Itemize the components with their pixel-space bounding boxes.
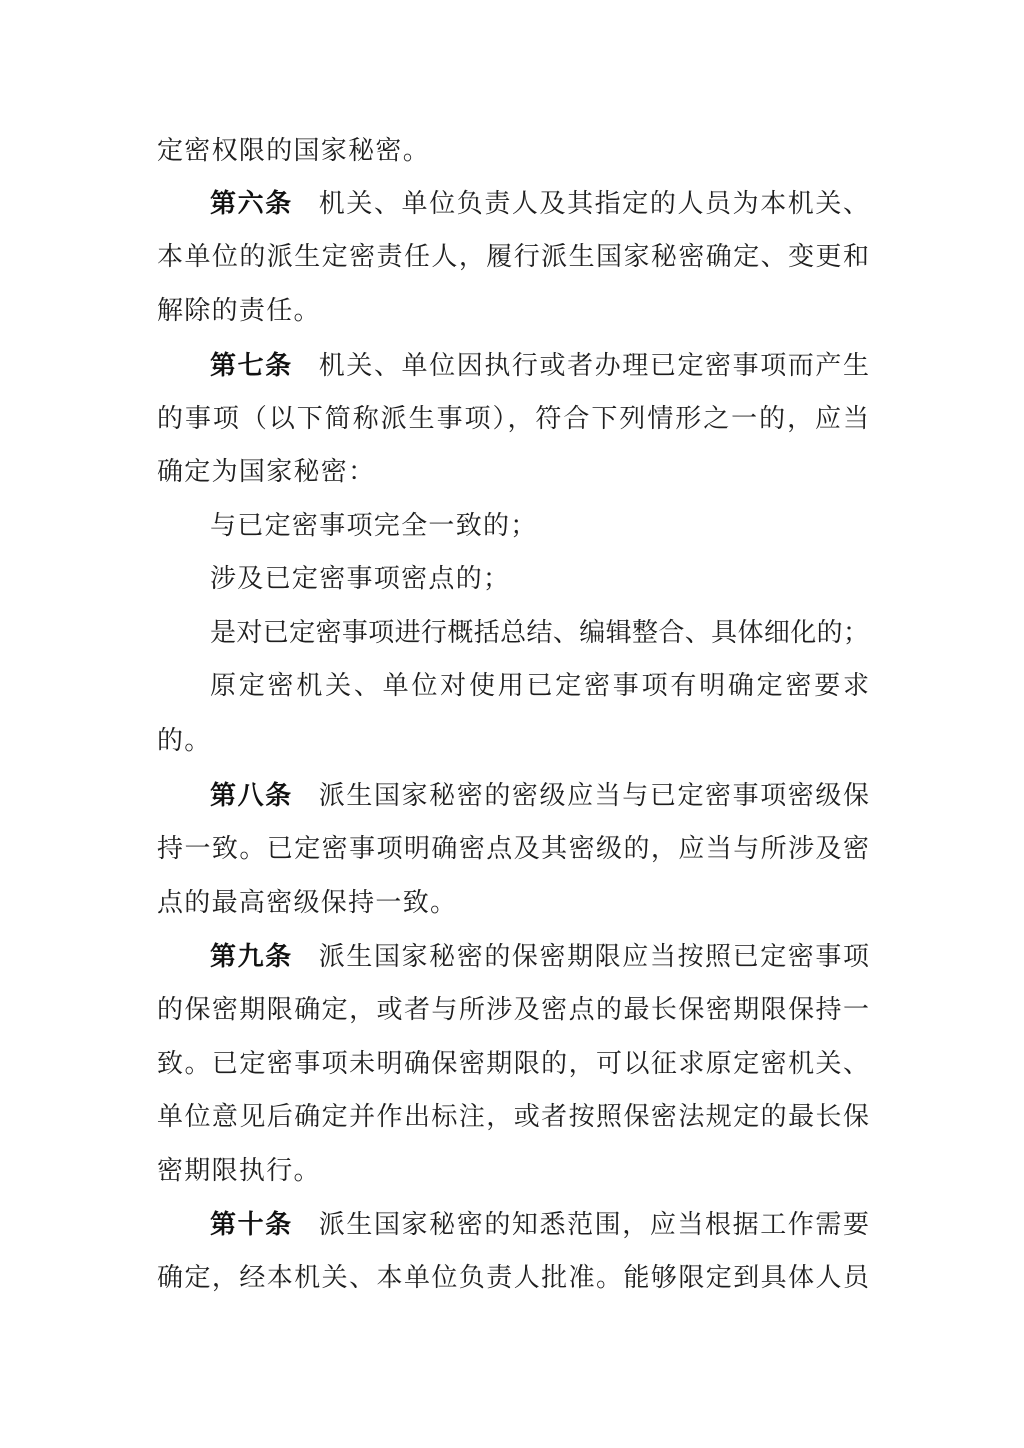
line-text: 单位意见后确定并作出标注，或者按照保密法规定的最长保 bbox=[157, 1102, 869, 1132]
line-text: 的。 bbox=[157, 726, 212, 756]
line-text: 是对已定密事项进行概括总结、编辑整合、具体细化的； bbox=[210, 618, 869, 648]
line-text: 点的最高密级保持一致。 bbox=[157, 888, 457, 918]
line-text: 机关、单位因执行或者办理已定密事项而产生 bbox=[319, 351, 869, 381]
document-page: 定密权限的国家秘密。 第六条机关、单位负责人及其指定的人员为本机关、 本单位的派… bbox=[0, 0, 1024, 1448]
line-text: 原定密机关、单位对使用已定密事项有明确定密要求 bbox=[210, 671, 869, 701]
line-text: 解除的责任。 bbox=[157, 296, 321, 326]
line-text: 与已定密事项完全一致的； bbox=[210, 511, 538, 541]
article-number: 第八条 bbox=[210, 781, 293, 811]
article-number: 第十条 bbox=[210, 1210, 293, 1240]
text-line: 持一致。已定密事项明确密点及其密级的，应当与所涉及密 bbox=[157, 829, 869, 869]
line-text: 本单位的派生定密责任人，履行派生国家秘密确定、变更和 bbox=[157, 242, 869, 272]
line-text: 派生国家秘密的保密期限应当按照已定密事项 bbox=[319, 942, 869, 972]
article-number: 第七条 bbox=[210, 351, 293, 381]
article-number: 第九条 bbox=[210, 942, 293, 972]
text-line: 单位意见后确定并作出标注，或者按照保密法规定的最长保 bbox=[157, 1097, 869, 1137]
text-line: 定密权限的国家秘密。 bbox=[157, 131, 869, 171]
line-text: 持一致。已定密事项明确密点及其密级的，应当与所涉及密 bbox=[157, 834, 869, 864]
list-item: 与已定密事项完全一致的； bbox=[210, 506, 869, 546]
line-text: 派生国家秘密的密级应当与已定密事项密级保 bbox=[319, 781, 869, 811]
text-line: 致。已定密事项未明确保密期限的，可以征求原定密机关、 bbox=[157, 1044, 869, 1084]
line-text: 密期限执行。 bbox=[157, 1156, 321, 1186]
text-line: 的保密期限确定，或者与所涉及密点的最长保密期限保持一 bbox=[157, 990, 869, 1030]
text-line: 确定，经本机关、本单位负责人批准。能够限定到具体人员 bbox=[157, 1258, 869, 1298]
line-text: 派生国家秘密的知悉范围，应当根据工作需要 bbox=[319, 1210, 869, 1240]
text-line: 密期限执行。 bbox=[157, 1151, 869, 1191]
text-line: 确定为国家秘密： bbox=[157, 452, 869, 492]
article-7-heading-line: 第七条机关、单位因执行或者办理已定密事项而产生 bbox=[210, 346, 869, 386]
article-10-heading-line: 第十条派生国家秘密的知悉范围，应当根据工作需要 bbox=[210, 1205, 869, 1245]
text-line: 解除的责任。 bbox=[157, 291, 869, 331]
article-9-heading-line: 第九条派生国家秘密的保密期限应当按照已定密事项 bbox=[210, 937, 869, 977]
text-line: 本单位的派生定密责任人，履行派生国家秘密确定、变更和 bbox=[157, 237, 869, 277]
line-text: 定密权限的国家秘密。 bbox=[157, 136, 430, 166]
line-text: 确定，经本机关、本单位负责人批准。能够限定到具体人员 bbox=[157, 1263, 869, 1293]
line-text: 的保密期限确定，或者与所涉及密点的最长保密期限保持一 bbox=[157, 995, 869, 1025]
line-text: 机关、单位负责人及其指定的人员为本机关、 bbox=[319, 189, 869, 219]
text-line: 的事项（以下简称派生事项），符合下列情形之一的，应当 bbox=[157, 399, 869, 439]
line-text: 涉及已定密事项密点的； bbox=[210, 564, 510, 594]
line-text: 确定为国家秘密： bbox=[157, 457, 375, 487]
article-number: 第六条 bbox=[210, 189, 293, 219]
article-6-heading-line: 第六条机关、单位负责人及其指定的人员为本机关、 bbox=[210, 184, 869, 224]
line-text: 致。已定密事项未明确保密期限的，可以征求原定密机关、 bbox=[157, 1049, 869, 1079]
article-8-heading-line: 第八条派生国家秘密的密级应当与已定密事项密级保 bbox=[210, 776, 869, 816]
list-item: 原定密机关、单位对使用已定密事项有明确定密要求 bbox=[210, 666, 869, 706]
line-text: 的事项（以下简称派生事项），符合下列情形之一的，应当 bbox=[157, 404, 869, 434]
text-line: 点的最高密级保持一致。 bbox=[157, 883, 869, 923]
list-item: 涉及已定密事项密点的； bbox=[210, 559, 869, 599]
list-item: 是对已定密事项进行概括总结、编辑整合、具体细化的； bbox=[210, 613, 869, 653]
text-line: 的。 bbox=[157, 721, 869, 761]
